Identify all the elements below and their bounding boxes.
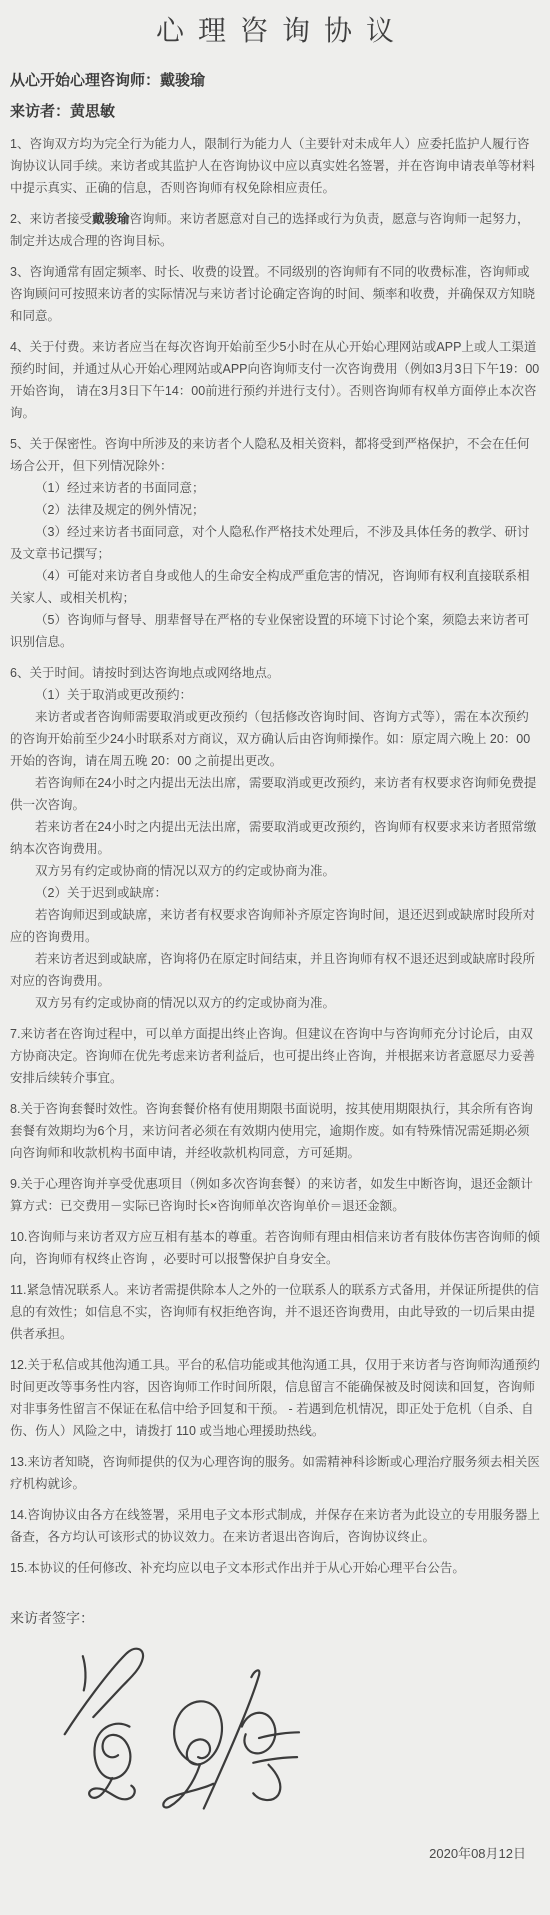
clause-4: 4、关于付费。来访者应当在每次咨询开始前至少5小时在从心开始心理网站或APP上或…: [10, 336, 540, 424]
clause-6-line-3: 若咨询师在24小时之内提出无法出席，需要取消或更改预约，来访者有权要求咨询师免费…: [10, 772, 540, 816]
clause-6-line-9: 双方另有约定或协商的情况以双方的约定或协商为准。: [10, 992, 540, 1014]
clause-6-line-1: （1）关于取消或更改预约：: [10, 684, 540, 706]
clause-2: 2、来访者接受戴骏瑜咨询师。来访者愿意对自己的选择或行为负责，愿意与咨询师一起努…: [10, 208, 540, 252]
clause-6: 6、关于时间。请按时到达咨询地点或网络地点。 （1）关于取消或更改预约： 来访者…: [10, 662, 540, 1014]
page-title: 心理咨询协议: [10, 14, 540, 48]
clause-5: 5、关于保密性。咨询中所涉及的来访者个人隐私及相关资料，都将受到严格保护，不会在…: [10, 433, 540, 653]
clause-14: 14.咨询协议由各方在线签署，采用电子文本形式制成，并保存在来访者为此设立的专用…: [10, 1504, 540, 1548]
clause-5-item-2: （2）法律及规定的例外情况；: [10, 499, 540, 521]
signature-label: 来访者签字：: [10, 1607, 540, 1629]
counselor-label: 从心开始心理咨询师：: [10, 72, 160, 89]
clause-13: 13.来访者知晓，咨询师提供的仅为心理咨询的服务。如需精神科诊断或心理治疗服务须…: [10, 1451, 540, 1495]
counselor-line: 从心开始心理咨询师：戴骏瑜: [10, 68, 540, 93]
clause-7: 7.来访者在咨询过程中，可以单方面提出终止咨询。但建议在咨询中与咨询师充分讨论后…: [10, 1023, 540, 1089]
visitor-label: 来访者：: [10, 103, 70, 120]
signature-scribble: [54, 1639, 304, 1839]
clause-2-counselor-name: 戴骏瑜: [92, 212, 130, 226]
clause-6-line-5: 双方另有约定或协商的情况以双方的约定或协商为准。: [10, 860, 540, 882]
clause-5-item-1: （1）经过来访者的书面同意；: [10, 477, 540, 499]
clause-5-item-3: （3）经过来访者书面同意，对个人隐私作严格技术处理后，不涉及具体任务的教学、研讨…: [10, 521, 540, 565]
visitor-name: 黄思敏: [70, 103, 115, 120]
clause-10: 10.咨询师与来访者双方应互相有基本的尊重。若咨询师有理由相信来访者有肢体伤害咨…: [10, 1226, 540, 1270]
clause-9: 9.关于心理咨询并享受优惠项目（例如多次咨询套餐）的来访者，如发生中断咨询，退还…: [10, 1173, 540, 1217]
counselor-name: 戴骏瑜: [160, 72, 205, 89]
clause-6-line-6: （2）关于迟到或缺席：: [10, 882, 540, 904]
agreement-document: 心理咨询协议 从心开始心理咨询师：戴骏瑜 来访者：黄思敏 1、咨询双方均为完全行…: [0, 0, 550, 1915]
clause-6-intro: 6、关于时间。请按时到达咨询地点或网络地点。: [10, 662, 540, 684]
signature-date: 2020年08月12日: [10, 1843, 540, 1865]
clause-6-line-8: 若来访者迟到或缺席，咨询将仍在原定时间结束，并且咨询师有权不退还迟到或缺席时段所…: [10, 948, 540, 992]
clause-5-item-5: （5）咨询师与督导、朋辈督导在严格的专业保密设置的环境下讨论个案，须隐去来访者可…: [10, 609, 540, 653]
clause-6-line-4: 若来访者在24小时之内提出无法出席，需要取消或更改预约，咨询师有权要求来访者照常…: [10, 816, 540, 860]
visitor-line: 来访者：黄思敏: [10, 99, 540, 124]
clause-6-line-7: 若咨询师迟到或缺席，来访者有权要求咨询师补齐原定咨询时间，退还迟到或缺席时段所对…: [10, 904, 540, 948]
clause-5-item-4: （4）可能对来访者自身或他人的生命安全构成严重危害的情况，咨询师有权利直接联系相…: [10, 565, 540, 609]
clause-2-prefix: 2、来访者接受: [10, 212, 92, 226]
clause-5-intro: 5、关于保密性。咨询中所涉及的来访者个人隐私及相关资料，都将受到严格保护，不会在…: [10, 433, 540, 477]
clause-11: 11.紧急情况联系人。来访者需提供除本人之外的一位联系人的联系方式备用，并保证所…: [10, 1279, 540, 1345]
clause-3: 3、咨询通常有固定频率、时长、收费的设置。不同级别的咨询师有不同的收费标准，咨询…: [10, 261, 540, 327]
clause-8: 8.关于咨询套餐时效性。咨询套餐价格有使用期限书面说明，按其使用期限执行，其余所…: [10, 1098, 540, 1164]
clause-12: 12.关于私信或其他沟通工具。平台的私信功能或其他沟通工具，仅用于来访者与咨询师…: [10, 1354, 540, 1442]
clause-1: 1、咨询双方均为完全行为能力人，限制行为能力人（主要针对未成年人）应委托监护人履…: [10, 133, 540, 199]
clause-15: 15.本协议的任何修改、补充均应以电子文本形式作出并于从心开始心理平台公告。: [10, 1557, 540, 1579]
clause-6-line-2: 来访者或者咨询师需要取消或更改预约（包括修改咨询时间、咨询方式等），需在本次预约…: [10, 706, 540, 772]
